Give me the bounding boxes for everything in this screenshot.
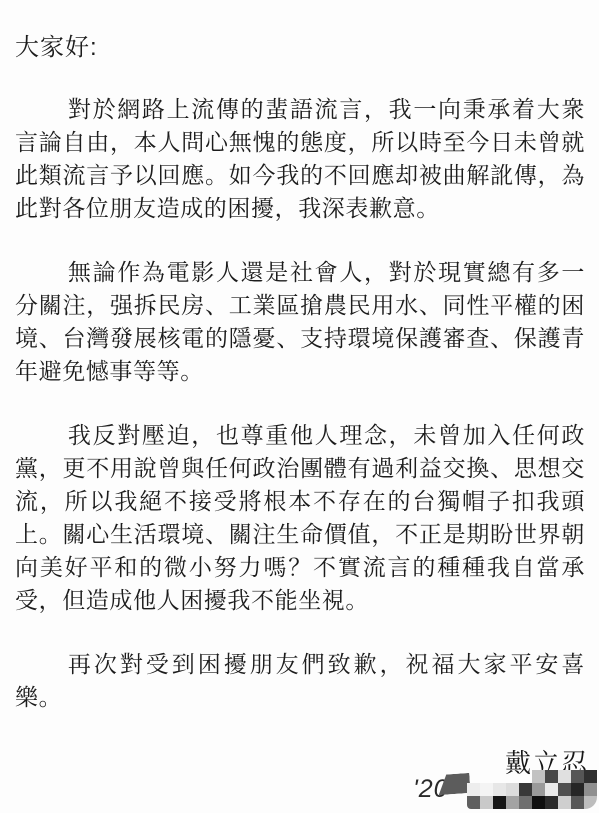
mosaic-cell xyxy=(480,783,493,796)
mosaic-cell xyxy=(519,783,532,796)
mosaic-cell xyxy=(571,783,584,796)
paragraph-apology-intro: 對於網路上流傳的蜚語流言，我一向秉承着大衆言論自由，本人問心無愧的態度，所以時至… xyxy=(15,93,585,225)
mosaic-cell xyxy=(532,796,545,809)
mosaic-cell xyxy=(558,783,571,796)
mosaic-cell xyxy=(480,796,493,809)
mosaic-cell xyxy=(571,770,584,783)
mosaic-cell xyxy=(584,796,597,809)
paragraph-social-concerns: 無論作為電影人還是社會人，對於現實總有多一分關注，强拆民房、工業區搶農民用水、同… xyxy=(15,256,585,388)
greeting-text: 大家好: xyxy=(15,34,585,62)
mosaic-cell xyxy=(467,796,480,809)
date-row: '20 xyxy=(0,762,599,813)
mosaic-cell xyxy=(558,770,571,783)
mosaic-cell xyxy=(480,770,493,783)
mosaic-cell xyxy=(467,770,480,783)
mosaic-cell xyxy=(545,796,558,809)
mosaic-cell xyxy=(571,796,584,809)
mosaic-cell xyxy=(532,783,545,796)
mosaic-cell xyxy=(467,783,480,796)
mosaic-cell xyxy=(532,770,545,783)
letter-page: 大家好: 對於網路上流傳的蜚語流言，我一向秉承着大衆言論自由，本人問心無愧的態度… xyxy=(0,0,599,813)
paragraph-closing-blessing: 再次對受到困擾朋友們致歉，祝福大家平安喜樂。 xyxy=(15,648,585,714)
mosaic-cell xyxy=(558,796,571,809)
mosaic-cell xyxy=(545,783,558,796)
mosaic-cell xyxy=(493,796,506,809)
mosaic-cell xyxy=(506,783,519,796)
mosaic-cell xyxy=(519,770,532,783)
paragraph-political-stance: 我反對壓迫，也尊重他人理念，未曾加入任何政黨，更不用說曾與任何政治團體有過利益交… xyxy=(15,419,585,617)
mosaic-cell xyxy=(545,770,558,783)
mosaic-cell xyxy=(584,783,597,796)
mosaic-cell xyxy=(506,796,519,809)
mosaic-cell xyxy=(493,770,506,783)
redaction-mosaic xyxy=(467,770,597,809)
mosaic-cell xyxy=(506,770,519,783)
mosaic-cell xyxy=(519,796,532,809)
mosaic-cell xyxy=(493,783,506,796)
mosaic-cell xyxy=(584,770,597,783)
